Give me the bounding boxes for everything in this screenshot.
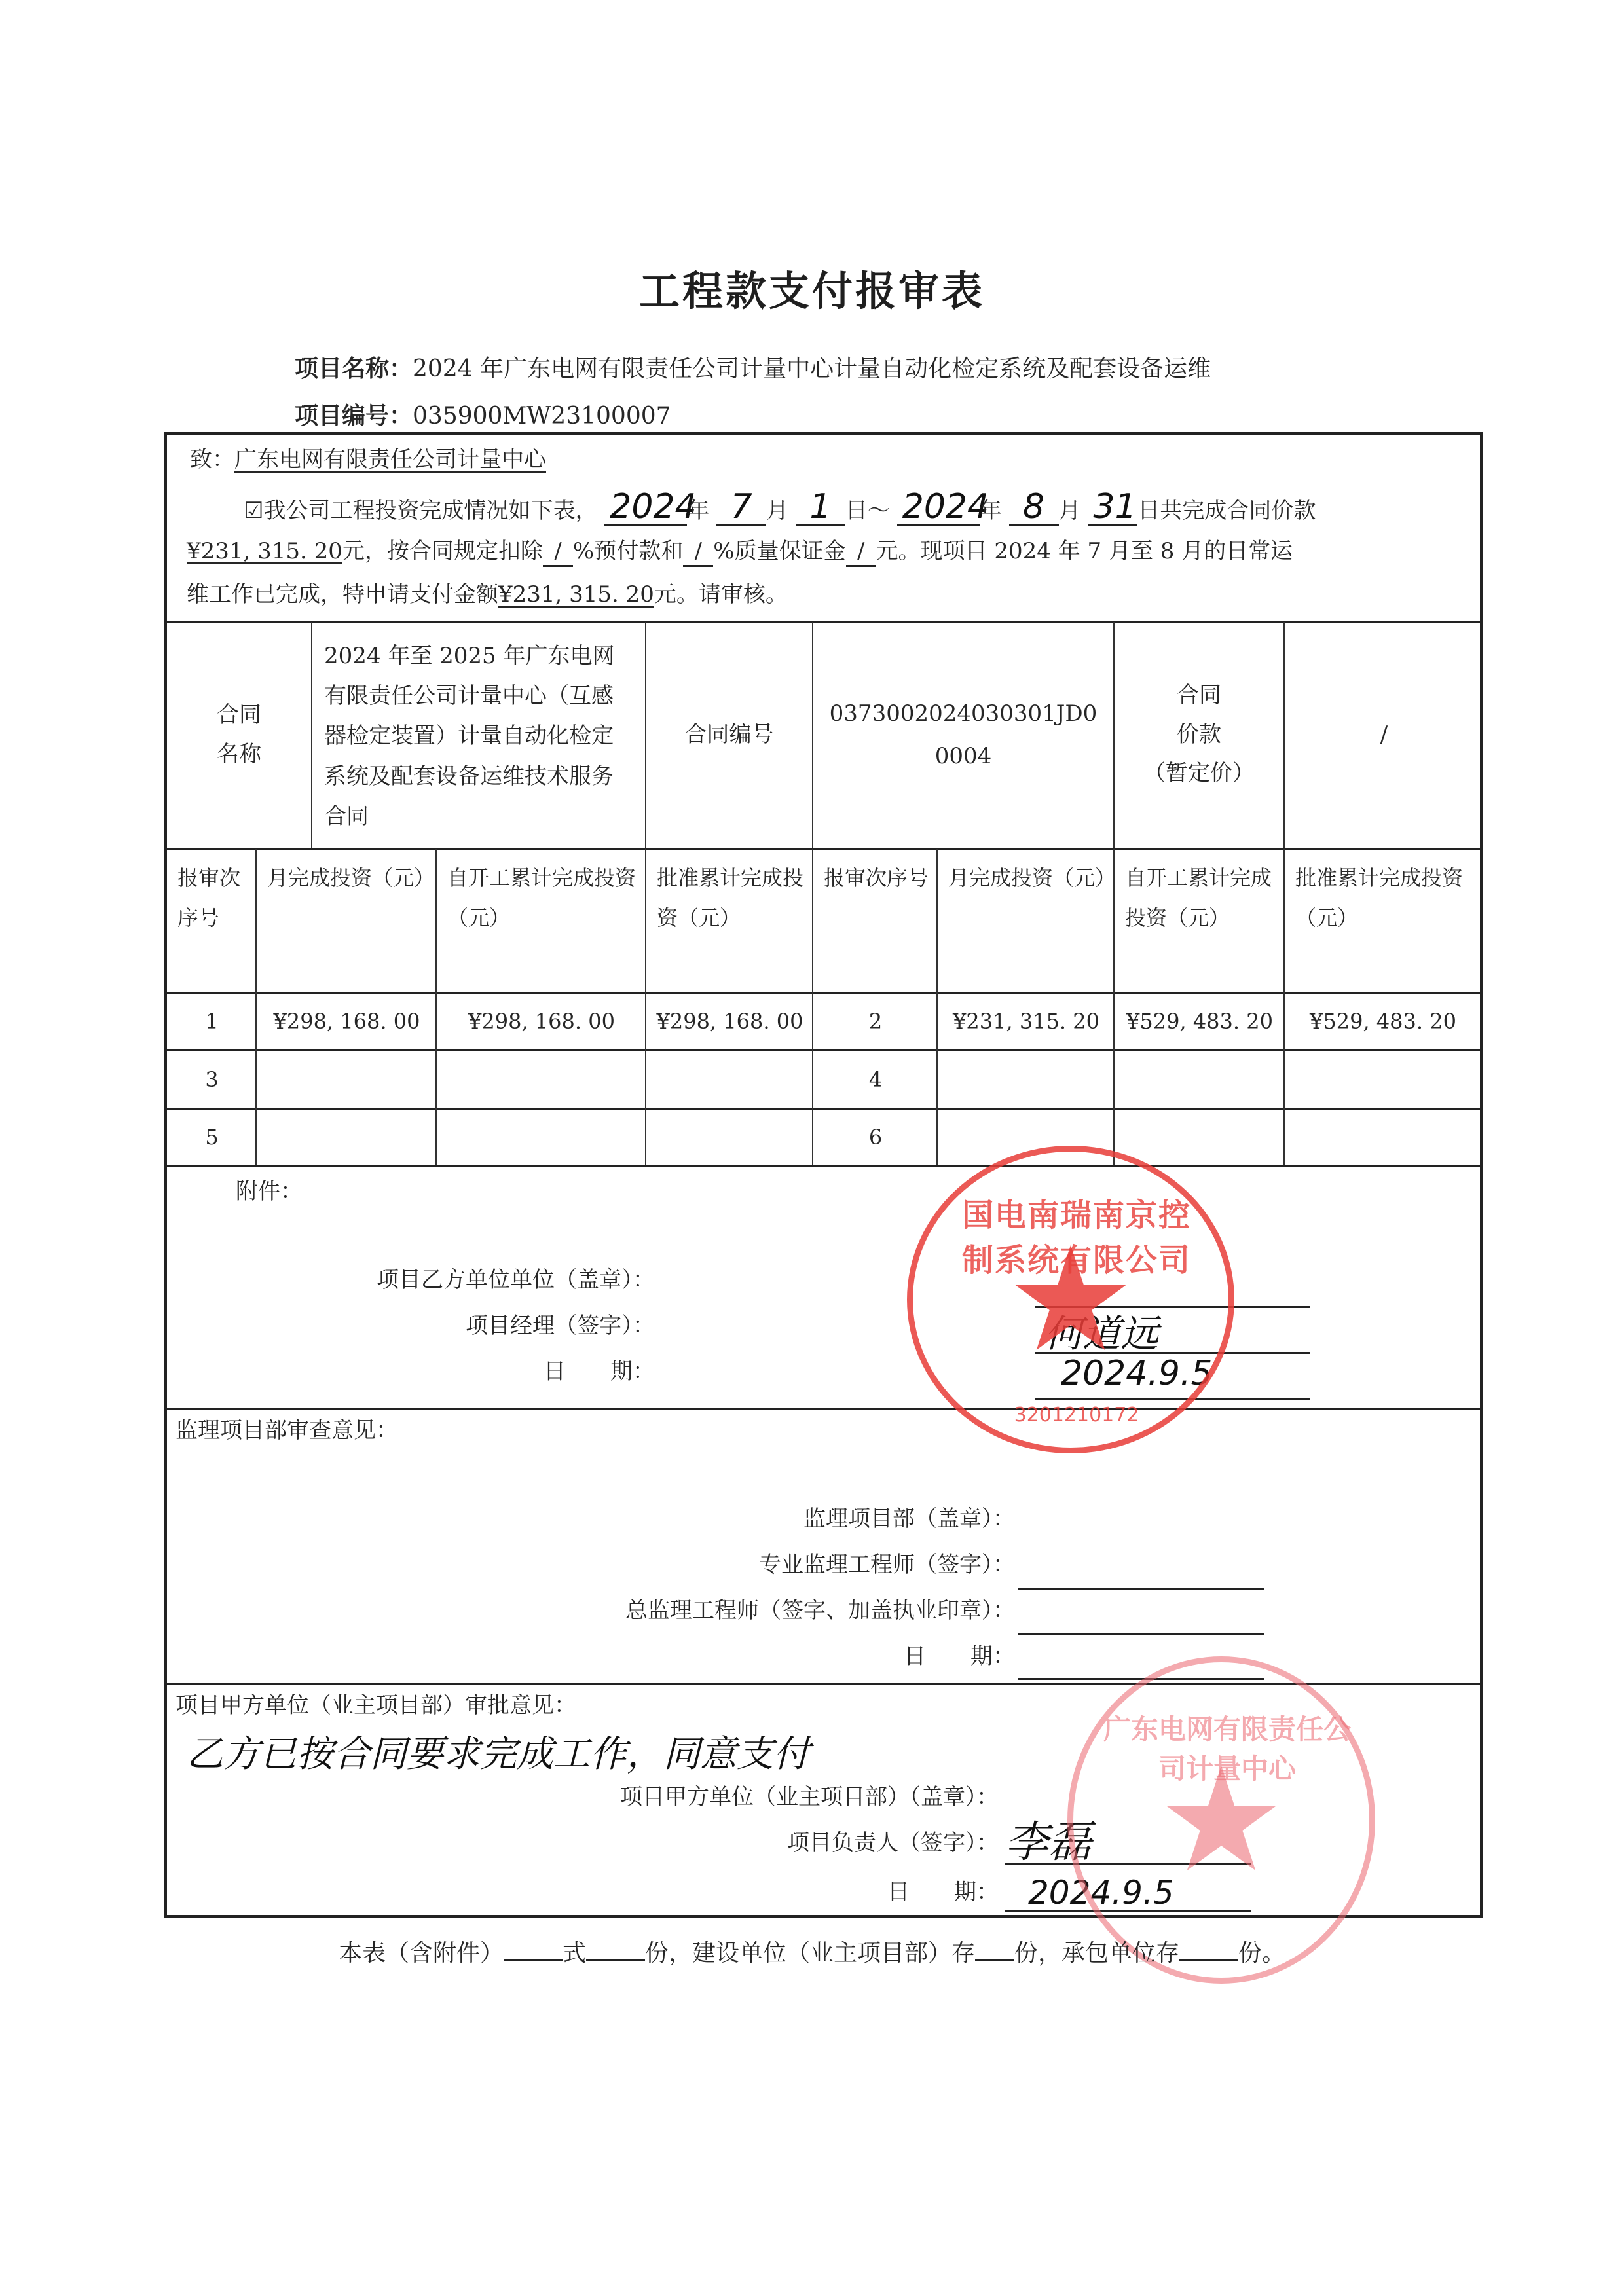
recipient: 广东电网有限责任公司计量中心 [234, 446, 546, 473]
unit-year: 年 [980, 498, 1002, 524]
end-month-field[interactable]: 8 [1009, 490, 1059, 526]
recipient-line: 致：广东电网有限责任公司计量中心 [190, 446, 546, 473]
supervision-engineer-label: 专业监理工程师（签字）： [759, 1552, 1015, 1578]
table-header-cell: 批准累计完成投资（元） [1285, 849, 1481, 992]
contract-number-label: 合同编号 [646, 622, 812, 848]
divider [164, 1408, 1483, 1410]
table-cell [1285, 1051, 1481, 1108]
contract-name-value: 2024 年至 2025 年广东电网有限责任公司计量中心（互感器检定装置）计量自… [312, 625, 645, 848]
end-year-field[interactable]: 2024 [897, 490, 980, 526]
checkbox-icon[interactable]: ☑ [244, 498, 263, 524]
contractor-seal-label: 项目乙方单位单位（盖章）： [377, 1267, 655, 1294]
quality-pct-field[interactable]: / [683, 538, 713, 567]
project-number-value: 035900MW23100007 [413, 403, 671, 429]
request-amount[interactable]: ¥231, 315. 20 [498, 581, 654, 608]
label-line: 名称 [217, 735, 261, 774]
table-cell [938, 1051, 1115, 1108]
manager-label: 项目经理（签字）： [466, 1313, 655, 1339]
responsible-label: 项目负责人（签字）： [787, 1830, 999, 1857]
contract-number-value: 0373002024030301JD00004 [813, 622, 1113, 848]
request-line-1: ☑我公司工程投资完成情况如下表， 2024年 7月 1日～ 2024年 8月 3… [244, 490, 1316, 526]
label-line: 合同 [1177, 676, 1221, 716]
footer-blank[interactable] [975, 1959, 1014, 1961]
stamp-text: 广东电网有限责任公司计量中心 [1099, 1708, 1355, 1787]
supervision-dept-seal-label: 监理项目部（盖章）： [803, 1506, 1015, 1533]
stamp-text: 国电南瑞南京控制系统有限公司 [959, 1190, 1194, 1280]
quality-text: %质量保证金 [713, 538, 845, 564]
table-cell: 1 [167, 993, 257, 1049]
unit-year: 年 [687, 498, 709, 524]
advance-pct-field[interactable]: / [543, 538, 573, 567]
project-number: 项目编号：035900MW23100007 [295, 397, 671, 431]
footer-text: 份。 [1238, 1940, 1285, 1967]
project-name: 项目名称：2024 年广东电网有限责任公司计量中心计量自动化检定系统及配套设备运… [295, 350, 1211, 384]
table-cell: ¥529, 483. 20 [1285, 993, 1481, 1049]
owner-date-label: 日 期： [887, 1879, 999, 1906]
page-title: 工程款支付报审表 [0, 259, 1624, 317]
supervision-date-label: 日 期： [904, 1643, 1015, 1670]
footer-note: 本表（含附件）式份，建设单位（业主项目部）存份，承包单位存份。 [0, 1935, 1624, 1968]
request-line-3: 维工作已完成，特申请支付金额¥231, 315. 20元。请审核。 [187, 581, 788, 608]
table-cell [646, 1109, 813, 1165]
intro-text: 我公司工程投资完成情况如下表， [263, 498, 597, 524]
start-day-field[interactable]: 1 [796, 490, 845, 526]
table-cell: ¥298, 168. 00 [257, 993, 437, 1049]
contract-number-text: 0373002024030301JD00004 [822, 693, 1104, 777]
label-line: （暂定价） [1143, 754, 1255, 793]
owner-opinion-handwritten: 乙方已按合同要求完成工作，同意支付 [187, 1725, 810, 1777]
end-day-field[interactable]: 31 [1088, 490, 1137, 526]
status-text-2: 维工作已完成，特申请支付金额 [187, 581, 498, 608]
project-number-label: 项目编号： [295, 403, 413, 429]
footer-blank[interactable] [504, 1959, 563, 1961]
deduct-text: ，按合同规定扣除 [365, 538, 543, 564]
contract-price-label: 合同 价款 （暂定价） [1115, 622, 1283, 848]
request-line-2: ¥231, 315. 20元，按合同规定扣除/%预付款和/%质量保证金/元。现项… [187, 538, 1293, 567]
contract-name-label: 合同 名称 [167, 622, 311, 848]
owner-opinion-label: 项目甲方单位（业主项目部）审批意见： [175, 1692, 576, 1719]
table-cell: 6 [813, 1109, 938, 1165]
contract-price-value: / [1285, 622, 1483, 848]
label-line: 合同 [217, 696, 261, 735]
project-name-label: 项目名称： [295, 355, 413, 382]
table-header-cell: 月完成投资（元） [257, 849, 437, 992]
supervision-engineer-line[interactable] [1018, 1588, 1264, 1590]
table-header-cell: 自开工累计完成投资（元） [437, 849, 646, 992]
table-header-cell: 批准累计完成投资（元） [646, 849, 813, 992]
table-cell: 3 [167, 1051, 257, 1108]
tilde: ～ [868, 498, 890, 524]
table-cell: 5 [167, 1109, 257, 1165]
yuan: 元 [342, 538, 365, 564]
table-cell: 2 [813, 993, 938, 1049]
label-line: 价款 [1177, 716, 1221, 755]
table-cell: 4 [813, 1051, 938, 1108]
to-label: 致： [190, 446, 234, 473]
table-cell: ¥529, 483. 20 [1115, 993, 1285, 1049]
table-cell [1115, 1051, 1285, 1108]
owner-seal-label: 项目甲方单位（业主项目部）（盖章）： [620, 1784, 999, 1811]
table-cell [1115, 1109, 1285, 1165]
table-header-cell: 报审次序号 [813, 849, 938, 992]
chief-engineer-label: 总监理工程师（签字、加盖执业印章）： [625, 1597, 1015, 1624]
table-cell [646, 1051, 813, 1108]
unit-month: 月 [766, 498, 788, 524]
start-year-field[interactable]: 2024 [604, 490, 687, 526]
closing-text: 元。请审核。 [654, 581, 788, 608]
table-cell: ¥231, 315. 20 [938, 993, 1115, 1049]
start-month-field[interactable]: 7 [716, 490, 766, 526]
unit-month: 月 [1059, 498, 1081, 524]
footer-text: 本表（含附件） [339, 1940, 504, 1967]
table-header-cell: 自开工累计完成投资（元） [1115, 849, 1285, 992]
unit-day: 日 [1137, 498, 1160, 524]
table-cell [257, 1051, 437, 1108]
table-cell [437, 1109, 646, 1165]
table-cell [257, 1109, 437, 1165]
unit-day: 日 [845, 498, 868, 524]
contractor-date-label: 日 期： [544, 1358, 655, 1385]
quality-amount-field[interactable]: / [846, 538, 876, 567]
completed-text: 共完成合同价款 [1160, 498, 1316, 524]
table-header-cell: 月完成投资（元） [938, 849, 1115, 992]
divider [164, 1165, 1483, 1167]
contractor-company-stamp: ★ 国电南瑞南京控制系统有限公司 3201210172 [907, 1146, 1234, 1453]
stamp-code: 3201210172 [998, 1404, 1155, 1427]
footer-text: 式 [563, 1940, 586, 1967]
table-cell: ¥298, 168. 00 [646, 993, 813, 1049]
project-name-value: 2024 年广东电网有限责任公司计量中心计量自动化检定系统及配套设备运维 [413, 355, 1211, 382]
table-cell: ¥298, 168. 00 [437, 993, 646, 1049]
footer-text: 份，建设单位（业主项目部）存 [645, 1940, 975, 1967]
completed-amount[interactable]: ¥231, 315. 20 [187, 538, 342, 564]
chief-engineer-line[interactable] [1018, 1633, 1264, 1635]
attachments-label: 附件： [236, 1178, 303, 1205]
status-text: 元。现项目 2024 年 7 月至 8 月的日常运 [876, 538, 1293, 564]
table-cell [1285, 1109, 1481, 1165]
table-cell [437, 1051, 646, 1108]
supervision-opinion-label: 监理项目部审查意见： [175, 1417, 398, 1444]
table-header-cell: 报审次序号 [167, 849, 257, 992]
advance-text: %预付款和 [573, 538, 683, 564]
footer-blank[interactable] [1179, 1959, 1238, 1961]
footer-text: 份，承包单位存 [1014, 1940, 1179, 1967]
contract-name-text: 2024 年至 2025 年广东电网有限责任公司计量中心（互感器检定装置）计量自… [324, 636, 633, 837]
footer-blank[interactable] [586, 1959, 645, 1961]
